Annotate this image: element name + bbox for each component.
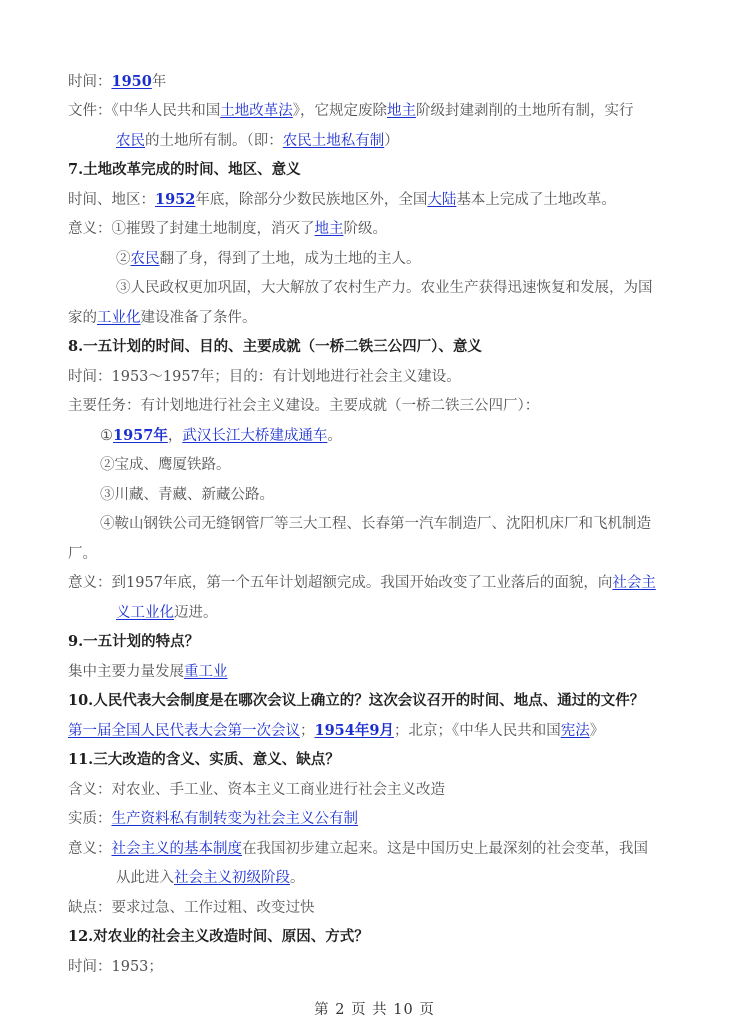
text-line-achievement-4-cont: 厂。 — [68, 544, 97, 564]
hyperlink[interactable]: 社会主义初级阶段 — [174, 870, 290, 886]
text-segment: 缺点：要求过急、工作过粗、改变过快 — [68, 900, 315, 916]
text-segment: 含义：对农业、手工业、资本主义工商业进行社会主义改造 — [68, 782, 445, 798]
text-segment: 建设准备了条件。 — [141, 310, 257, 326]
text-line-document-land-reform-law: 文件：《中华人民共和国土地改革法》，它规定废除地主阶级封建剥削的土地所有制，实行 — [68, 101, 634, 121]
text-segment: 文件：《中华人民共和国 — [68, 103, 220, 119]
text-segment: 在我国初步建立起来。这是中国历史上最深刻的社会变革，我国 — [242, 841, 648, 857]
text-segment: ③川藏、青藏、新藏公路。 — [100, 487, 274, 503]
hyperlink[interactable]: 地主 — [315, 221, 344, 237]
hyperlink[interactable]: 1950 — [112, 73, 152, 90]
text-line-npc-answer: 第一届全国人民代表大会第一次会议；1954年9月；北京；《中华人民共和国宪法》 — [68, 721, 604, 741]
text-segment: 。 — [290, 870, 305, 886]
hyperlink[interactable]: 重工业 — [184, 664, 228, 680]
hyperlink[interactable]: 1957年 — [113, 427, 168, 444]
hyperlink[interactable]: 1952 — [155, 191, 195, 208]
text-line-essence: 实质：生产资料私有制转变为社会主义公有制 — [68, 809, 358, 829]
text-segment: 10.人民代表大会制度是在哪次会议上确立的？这次会议召开的时间、地点、通过的文件… — [68, 692, 644, 709]
text-segment: 11.三大改造的含义、实质、意义、缺点？ — [68, 751, 340, 768]
text-line-significance-3-cont: 家的工业化建设准备了条件。 — [68, 308, 257, 328]
text-line-agri-time: 时间：1953； — [68, 957, 163, 977]
text-segment: 基本上完成了土地改革。 — [456, 192, 616, 208]
text-segment: 意义：①摧毁了封建土地制度，消灭了 — [68, 221, 315, 237]
text-segment: 年底，除部分少数民族地区外，全国 — [195, 192, 427, 208]
text-line-significance-2: ②农民翻了身，得到了土地，成为土地的主人。 — [116, 249, 421, 269]
section-heading-12: 12.对农业的社会主义改造时间、原因、方式？ — [68, 927, 369, 947]
text-segment: 集中主要力量发展 — [68, 664, 184, 680]
hyperlink[interactable]: 工业化 — [97, 310, 141, 326]
hyperlink[interactable]: 生产资料私有制转变为社会主义公有制 — [112, 811, 359, 827]
text-segment: ；北京；《中华人民共和国 — [394, 723, 561, 739]
text-segment: 年 — [152, 74, 167, 90]
text-line-plan-time-goal: 时间：1953～1957年；目的：有计划地进行社会主义建设。 — [68, 367, 461, 387]
text-segment: ， — [168, 428, 183, 444]
text-segment: 时间、地区： — [68, 192, 155, 208]
text-line-achievement-3: ③川藏、青藏、新藏公路。 — [100, 485, 274, 505]
text-segment: ③人民政权更加巩固，大大解放了农村生产力。农业生产获得迅速恢复和发展，为国 — [116, 280, 653, 296]
text-line-shortcomings: 缺点：要求过急、工作过粗、改变过快 — [68, 898, 315, 918]
hyperlink[interactable]: 农民 — [116, 133, 145, 149]
text-segment: 》 — [590, 723, 605, 739]
hyperlink[interactable]: 农民 — [131, 251, 160, 267]
text-segment: ① — [100, 428, 113, 444]
text-segment: ） — [384, 133, 399, 149]
text-segment: 实质： — [68, 811, 112, 827]
text-segment: ； — [300, 723, 315, 739]
section-heading-11: 11.三大改造的含义、实质、意义、缺点？ — [68, 750, 340, 770]
text-segment: 》，它规定废除 — [293, 103, 387, 119]
hyperlink[interactable]: 农民土地私有制 — [283, 133, 385, 149]
text-line-plan-significance: 意义：到1957年底，第一个五年计划超额完成。我国开始改变了工业落后的面貌，向社… — [68, 573, 656, 593]
text-line-meaning: 含义：对农业、手工业、资本主义工商业进行社会主义改造 — [68, 780, 445, 800]
text-segment: 意义：到1957年底，第一个五年计划超额完成。我国开始改变了工业落后的面貌，向 — [68, 575, 612, 591]
text-segment: 时间：1953～1957年；目的：有计划地进行社会主义建设。 — [68, 369, 461, 385]
text-segment: 迈进。 — [174, 605, 218, 621]
text-segment: 12.对农业的社会主义改造时间、原因、方式？ — [68, 928, 369, 945]
hyperlink[interactable]: 土地改革法 — [220, 103, 293, 119]
hyperlink[interactable]: 宪法 — [561, 723, 590, 739]
hyperlink[interactable]: 武汉长江大桥建成通车 — [182, 428, 327, 444]
text-segment: 意义： — [68, 841, 112, 857]
text-segment: 时间：1953； — [68, 959, 163, 975]
section-heading-7: 7.土地改革完成的时间、地区、意义 — [68, 160, 301, 180]
text-segment: 8.一五计划的时间、目的、主要成就（一桥二铁三公四厂）、意义 — [68, 338, 482, 355]
text-segment: 阶级。 — [344, 221, 388, 237]
text-line-time-region-1952: 时间、地区：1952年底，除部分少数民族地区外，全国大陆基本上完成了土地改革。 — [68, 190, 616, 210]
hyperlink[interactable]: 大陆 — [427, 192, 456, 208]
text-segment: ②宝成、鹰厦铁路。 — [100, 457, 231, 473]
text-segment: 从此进入 — [116, 870, 174, 886]
text-line-transformation-significance: 意义：社会主义的基本制度在我国初步建立起来。这是中国历史上最深刻的社会变革，我国 — [68, 839, 648, 859]
hyperlink[interactable]: 社会主义的基本制度 — [112, 841, 243, 857]
text-line-main-tasks: 主要任务：有计划地进行社会主义建设。主要成就（一桥二铁三公四厂）： — [68, 396, 539, 416]
hyperlink[interactable]: 地主 — [387, 103, 416, 119]
text-line-achievement-1: ①1957年，武汉长江大桥建成通车。 — [100, 426, 342, 446]
section-heading-8: 8.一五计划的时间、目的、主要成就（一桥二铁三公四厂）、意义 — [68, 337, 482, 357]
document-page: 时间：1950年 文件：《中华人民共和国土地改革法》，它规定废除地主阶级封建剥削… — [0, 0, 749, 1024]
hyperlink[interactable]: 1954年9月 — [315, 722, 394, 739]
hyperlink[interactable]: 第一届全国人民代表大会第一次会议 — [68, 723, 300, 739]
text-line-plan-feature: 集中主要力量发展重工业 — [68, 662, 228, 682]
text-line-plan-significance-cont: 义工业化迈进。 — [116, 603, 218, 623]
text-segment: 9.一五计划的特点？ — [68, 633, 199, 650]
text-segment: 。 — [327, 428, 342, 444]
text-line-time-1950: 时间：1950年 — [68, 72, 166, 92]
text-segment: 家的 — [68, 310, 97, 326]
text-segment: 主要任务：有计划地进行社会主义建设。主要成就（一桥二铁三公四厂）： — [68, 398, 539, 414]
text-segment: ② — [116, 251, 131, 267]
text-segment: 阶级封建剥削的土地所有制，实行 — [416, 103, 634, 119]
text-line-transformation-significance-cont: 从此进入社会主义初级阶段。 — [116, 868, 305, 888]
hyperlink[interactable]: 社会主 — [612, 575, 656, 591]
text-line-significance-3: ③人民政权更加巩固，大大解放了农村生产力。农业生产获得迅速恢复和发展，为国 — [116, 278, 653, 298]
text-line-peasant-ownership: 农民的土地所有制。（即：农民土地私有制） — [116, 131, 399, 151]
section-heading-9: 9.一五计划的特点？ — [68, 632, 199, 652]
text-segment: 翻了身，得到了土地，成为土地的主人。 — [160, 251, 421, 267]
text-segment: 厂。 — [68, 546, 97, 562]
text-segment: 时间： — [68, 74, 112, 90]
text-segment: 的土地所有制。（即： — [145, 133, 283, 149]
page-footer: 第 2 页 共 10 页 — [0, 998, 749, 1019]
text-line-achievement-2: ②宝成、鹰厦铁路。 — [100, 455, 231, 475]
section-heading-10: 10.人民代表大会制度是在哪次会议上确立的？这次会议召开的时间、地点、通过的文件… — [68, 691, 644, 711]
hyperlink[interactable]: 义工业化 — [116, 605, 174, 621]
text-line-achievement-4: ④鞍山钢铁公司无缝钢管厂等三大工程、长春第一汽车制造厂、沈阳机床厂和飞机制造 — [100, 514, 651, 534]
text-segment: ④鞍山钢铁公司无缝钢管厂等三大工程、长春第一汽车制造厂、沈阳机床厂和飞机制造 — [100, 516, 651, 532]
text-line-significance-1: 意义：①摧毁了封建土地制度，消灭了地主阶级。 — [68, 219, 387, 239]
text-segment: 7.土地改革完成的时间、地区、意义 — [68, 161, 301, 178]
